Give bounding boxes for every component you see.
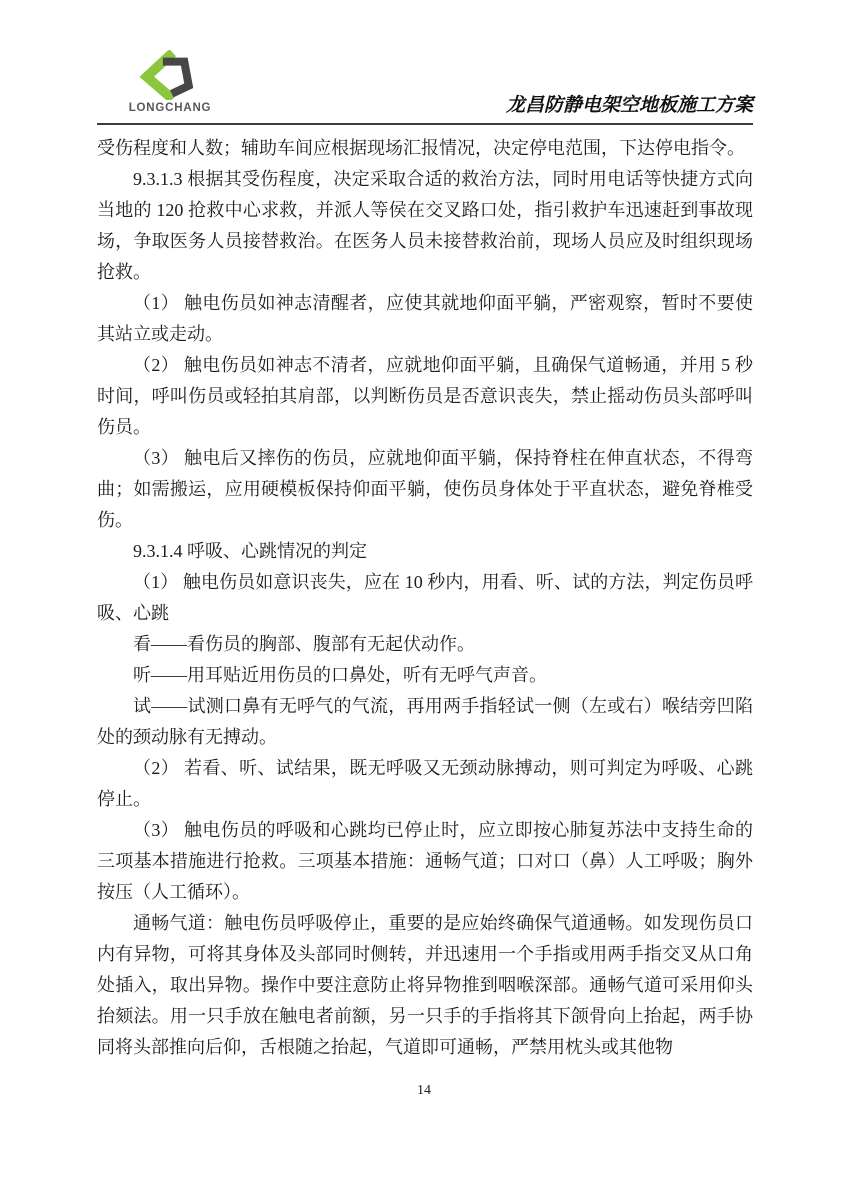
page-header: LONGCHANG 龙昌防静电架空地板施工方案 [97, 50, 753, 122]
paragraph: 试——试测口鼻有无呼气的气流，再用两手指轻试一侧（左或右）喉结旁凹陷处的颈动脉有… [97, 691, 753, 753]
paragraph: （3） 触电后又摔伤的伤员，应就地仰面平躺，保持脊柱在伸直状态，不得弯曲；如需搬… [97, 443, 753, 536]
paragraph: （1） 触电伤员如意识丧失，应在 10 秒内，用看、听、试的方法，判定伤员呼吸、… [97, 567, 753, 629]
paragraph: 听——用耳贴近用伤员的口鼻处，听有无呼气声音。 [97, 660, 753, 691]
paragraph: （3） 触电伤员的呼吸和心跳均已停止时，应立即按心肺复苏法中支持生命的三项基本措… [97, 815, 753, 908]
document-page: LONGCHANG 龙昌防静电架空地板施工方案 受伤程度和人数；辅助车间应根据现… [0, 0, 848, 1200]
paragraph: 通畅气道：触电伤员呼吸停止，重要的是应始终确保气道通畅。如发现伤员口内有异物，可… [97, 908, 753, 1063]
logo-brand-text: LONGCHANG [122, 102, 218, 114]
document-body: 受伤程度和人数；辅助车间应根据现场汇报情况，决定停电范围，下达停电指令。9.3.… [97, 133, 753, 1063]
paragraph: 9.3.1.4 呼吸、心跳情况的判定 [97, 536, 753, 567]
page-footer: 14 [0, 1083, 848, 1099]
paragraph: （2） 若看、听、试结果，既无呼吸又无颈动脉搏动，则可判定为呼吸、心跳停止。 [97, 753, 753, 815]
paragraph: 看——看伤员的胸部、腹部有无起伏动作。 [97, 629, 753, 660]
paragraph: （2） 触电伤员如神志不清者，应就地仰面平躺，且确保气道畅通，并用 5 秒时间，… [97, 350, 753, 443]
paragraph: （1） 触电伤员如神志清醒者，应使其就地仰面平躺，严密观察，暂时不要使其站立或走… [97, 288, 753, 350]
paragraph: 受伤程度和人数；辅助车间应根据现场汇报情况，决定停电范围，下达停电指令。 [97, 133, 753, 164]
paragraph: 9.3.1.3 根据其受伤程度，决定采取合适的救治方法，同时用电话等快捷方式向当… [97, 164, 753, 288]
header-divider [97, 123, 753, 125]
company-logo: LONGCHANG [122, 50, 218, 114]
document-title: 龙昌防静电架空地板施工方案 [506, 90, 753, 117]
longchang-logo-icon [138, 50, 202, 100]
page-number: 14 [417, 1083, 431, 1098]
